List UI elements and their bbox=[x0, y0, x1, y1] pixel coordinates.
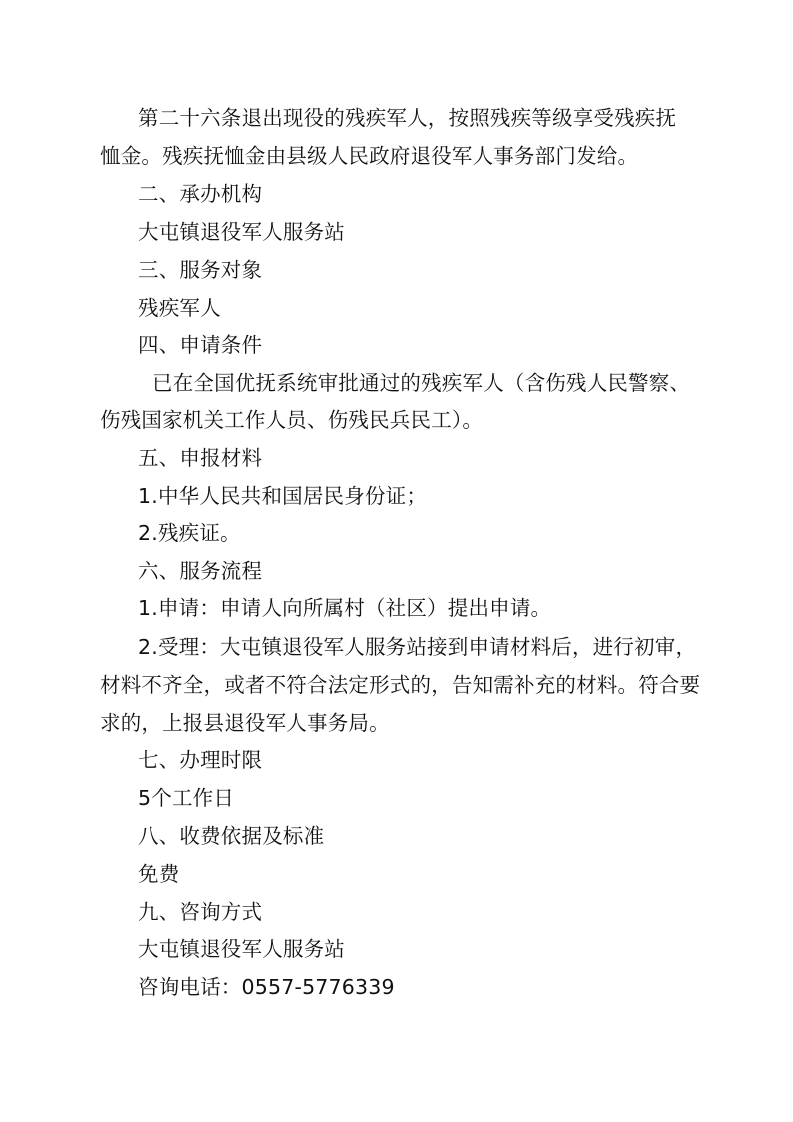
application-conditions-line-2: 伤残国家机关工作人员、伤残民兵民工）。 bbox=[100, 406, 483, 434]
heading-service-process: 六、服务流程 bbox=[138, 557, 262, 585]
document-page: 第二十六条退出现役的残疾军人，按照残疾等级享受残疾抚 恤金。残疾抚恤金由县级人民… bbox=[0, 0, 793, 1122]
article-26-text-line-2: 恤金。残疾抚恤金由县级人民政府退役军人事务部门发给。 bbox=[100, 142, 638, 170]
material-item-1: 1.中华人民共和国居民身份证； bbox=[138, 482, 427, 510]
consultation-agency: 大屯镇退役军人服务站 bbox=[138, 935, 345, 963]
fee-value: 免费 bbox=[138, 860, 179, 888]
heading-fee-basis: 八、收费依据及标准 bbox=[138, 822, 324, 850]
processing-time-value: 5个工作日 bbox=[138, 784, 234, 812]
process-step-2-line-2: 材料不齐全，或者不符合法定形式的，告知需补充的材料。符合要 bbox=[100, 671, 700, 699]
process-step-2-line-3: 求的，上报县退役军人事务局。 bbox=[100, 709, 390, 737]
heading-application-conditions: 四、申请条件 bbox=[138, 331, 262, 359]
heading-service-target: 三、服务对象 bbox=[138, 256, 262, 284]
application-conditions-line-1: 已在全国优抚系统审批通过的残疾军人（含伤残人民警察、 bbox=[152, 369, 690, 397]
material-item-2: 2.残疾证。 bbox=[138, 519, 241, 547]
service-target-value: 残疾军人 bbox=[138, 294, 221, 322]
heading-handling-agency: 二、承办机构 bbox=[138, 180, 262, 208]
handling-agency-value: 大屯镇退役军人服务站 bbox=[138, 218, 345, 246]
heading-consultation: 九、咨询方式 bbox=[138, 898, 262, 926]
process-step-2-line-1: 2.受理：大屯镇退役军人服务站接到申请材料后，进行初审， bbox=[138, 633, 696, 661]
heading-application-materials: 五、申报材料 bbox=[138, 444, 262, 472]
consultation-phone: 咨询电话：0557-5776339 bbox=[138, 973, 395, 1001]
process-step-1: 1.申请：申请人向所属村（社区）提出申请。 bbox=[138, 594, 551, 622]
article-26-text-line-1: 第二十六条退出现役的残疾军人，按照残疾等级享受残疾抚 bbox=[138, 104, 676, 132]
heading-processing-time: 七、办理时限 bbox=[138, 746, 262, 774]
